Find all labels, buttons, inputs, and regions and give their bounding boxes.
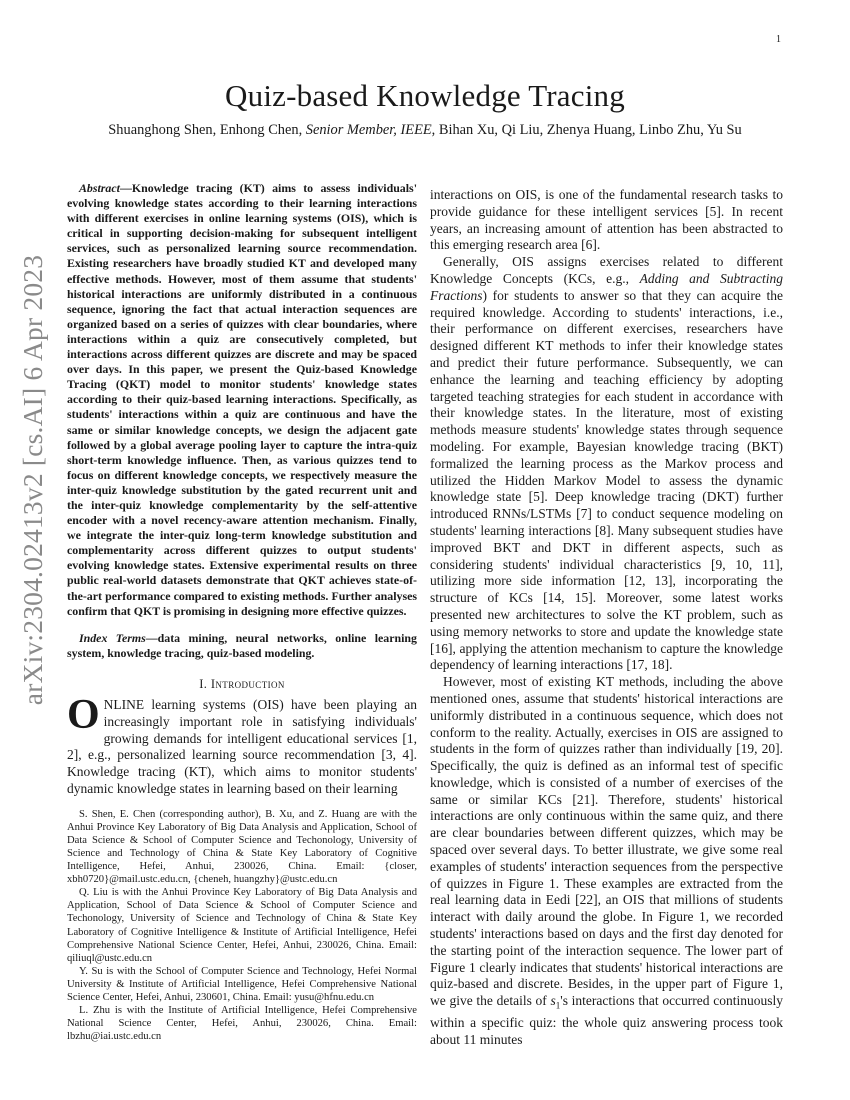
page-number: 1 — [776, 34, 781, 45]
left-column: Abstract—Knowledge tracing (KT) aims to … — [67, 181, 417, 1043]
drop-cap: O — [67, 699, 100, 731]
section-numeral: I. — [199, 677, 211, 691]
abstract-text: Knowledge tracing (KT) aims to assess in… — [67, 181, 417, 618]
intro-paragraph-1: ONLINE learning systems (OIS) have been … — [67, 697, 417, 798]
intro-paragraph-1-text: NLINE learning systems (OIS) have been p… — [67, 697, 417, 796]
footnote-3: Y. Su is with the School of Computer Sci… — [67, 965, 417, 1004]
paper-title: Quiz-based Knowledge Tracing — [0, 78, 850, 114]
abstract: Abstract—Knowledge tracing (KT) aims to … — [67, 181, 417, 619]
abstract-label: Abstract — [79, 181, 120, 195]
section-title: Introduction — [211, 677, 285, 691]
intro-paragraph-1-continued: interactions on OIS, is one of the funda… — [430, 187, 783, 254]
intro-paragraph-2: Generally, OIS assigns exercises related… — [430, 254, 783, 674]
intro-paragraph-3: However, most of existing KT methods, in… — [430, 674, 783, 1048]
arxiv-stamp: arXiv:2304.02413v2 [cs.AI] 6 Apr 2023 — [8, 250, 58, 710]
index-terms-label: Index Terms — [79, 631, 146, 645]
section-heading-introduction: I. Introduction — [67, 677, 417, 692]
index-terms: Index Terms—data mining, neural networks… — [67, 631, 417, 661]
author-list: Shuanghong Shen, Enhong Chen, Senior Mem… — [0, 122, 850, 139]
author-role: Senior Member, IEEE — [306, 122, 432, 138]
p2-text-b: ) for students to answer so that they ca… — [430, 288, 783, 673]
footnote-4: L. Zhu is with the Institute of Artifici… — [67, 1004, 417, 1043]
footnote-1: S. Shen, E. Chen (corresponding author),… — [67, 808, 417, 887]
abstract-dash: — — [120, 181, 132, 195]
authors-part-2: , Bihan Xu, Qi Liu, Zhenya Huang, Linbo … — [432, 122, 742, 138]
arxiv-identifier[interactable]: arXiv:2304.02413v2 [cs.AI] 6 Apr 2023 — [17, 255, 49, 705]
footnote-2: Q. Liu is with the Anhui Province Key La… — [67, 886, 417, 965]
p3-text-a: However, most of existing KT methods, in… — [430, 674, 783, 1008]
authors-part-1: Shuanghong Shen, Enhong Chen, — [108, 122, 305, 138]
footnotes: S. Shen, E. Chen (corresponding author),… — [67, 808, 417, 1044]
right-column: interactions on OIS, is one of the funda… — [430, 187, 783, 1048]
index-terms-dash: — — [146, 631, 158, 645]
